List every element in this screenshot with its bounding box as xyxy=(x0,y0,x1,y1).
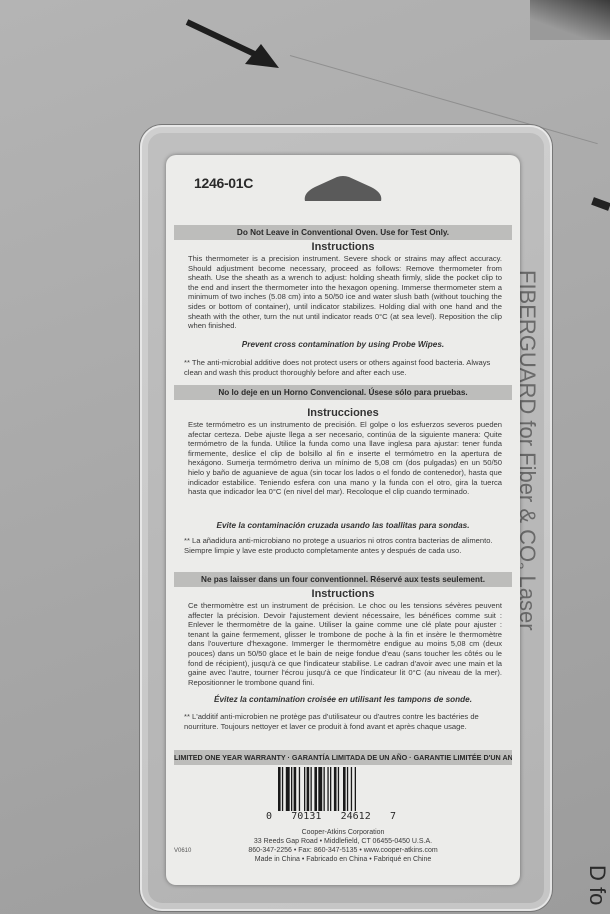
barcode-digits: 0 70131 24612 7 xyxy=(266,811,396,822)
warning-band-fr: Ne pas laisser dans un four conventionne… xyxy=(174,572,512,587)
warranty-band: LIMITED ONE YEAR WARRANTY · GARANTÍA LIM… xyxy=(174,750,512,765)
tagline-es: Evite la contaminación cruzada usando la… xyxy=(166,521,520,530)
instructions-fr: Ce thermomètre est un instrument de préc… xyxy=(188,601,502,687)
tagline-fr: Évitez la contamination croisée en utili… xyxy=(166,695,520,704)
arrow-icon xyxy=(183,18,293,78)
dark-corner-shadow xyxy=(530,0,610,40)
instructions-en: This thermometer is a precision instrume… xyxy=(188,254,502,331)
print-code: V0610 xyxy=(174,848,191,854)
hang-hole xyxy=(301,175,385,205)
background-label-bottom: D fo xyxy=(584,865,610,905)
heading-fr: Instructions xyxy=(166,588,520,600)
side-marker xyxy=(591,197,610,211)
note-fr: ** L'additif anti-microbien ne protège p… xyxy=(184,712,498,731)
barcode-icon xyxy=(278,767,382,817)
warning-band-en: Do Not Leave in Conventional Oven. Use f… xyxy=(174,225,512,240)
company-contact: 860-347-2256 • Fax: 860-347-5135 • www.c… xyxy=(166,846,520,855)
instructions-es: Este termómetro es un instrumento de pre… xyxy=(188,420,502,497)
company-address: 33 Reeds Gap Road • Middlefield, CT 0645… xyxy=(166,837,520,846)
product-card: 1246-01C Do Not Leave in Conventional Ov… xyxy=(166,155,520,885)
tagline-en: Prevent cross contamination by using Pro… xyxy=(166,340,520,349)
warning-band-es: No lo deje en un Horno Convencional. Úse… xyxy=(174,385,512,400)
country-of-origin: Made in China • Fabricado en China • Fab… xyxy=(166,855,520,864)
heading-es: Instrucciones xyxy=(166,407,520,419)
company-name: Cooper-Atkins Corporation xyxy=(166,828,520,837)
heading-en: Instructions xyxy=(166,241,520,253)
note-en: ** The anti-microbial additive does not … xyxy=(184,358,498,377)
model-number: 1246-01C xyxy=(194,175,253,191)
note-es: ** La añadidura anti-microbiano no prote… xyxy=(184,536,498,555)
